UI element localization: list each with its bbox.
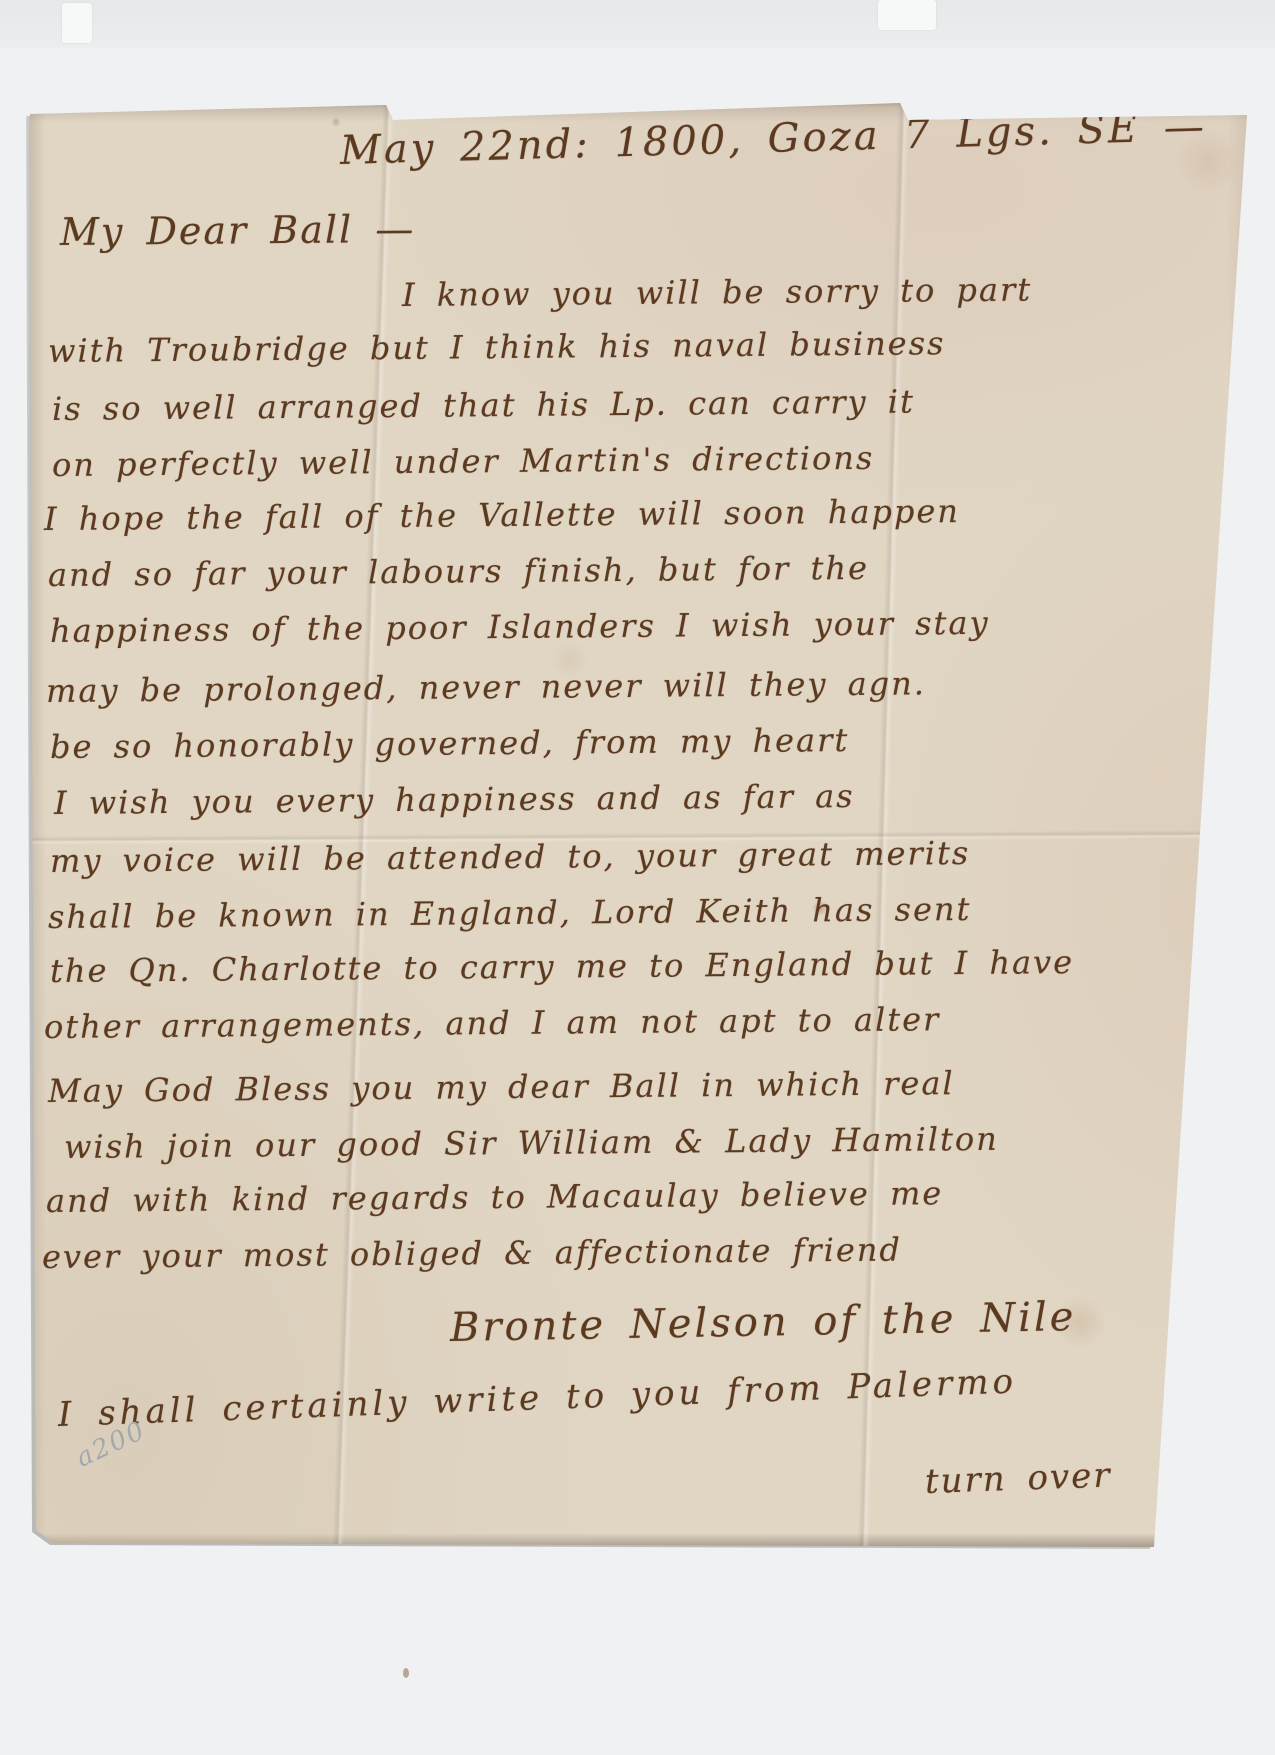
letter-salutation: My Dear Ball —: [60, 207, 416, 254]
letter-signature: Bronte Nelson of the Nile: [450, 1294, 1077, 1351]
turn-over-note: turn over: [924, 1456, 1112, 1502]
letter-line: is so well arranged that his Lp. can car…: [52, 382, 915, 428]
letter-line: I hope the fall of the Vallette will soo…: [44, 492, 960, 538]
letter-line: happiness of the poor Islanders I wish y…: [50, 604, 990, 650]
letter-line: on perfectly well under Martin's directi…: [52, 439, 875, 484]
letter-line: with Troubridge but I think his naval bu…: [48, 324, 946, 370]
letter-line: wish join our good Sir William & Lady Ha…: [64, 1120, 999, 1166]
letter-line: I wish you every happiness and as far as: [54, 777, 855, 822]
scanner-background-band: [0, 0, 1275, 48]
letter-line: I know you will be sorry to part: [402, 271, 1032, 314]
vertical-fold-line: [332, 90, 395, 1557]
letter-postscript: I shall certainly write to you from Pale…: [57, 1362, 1017, 1435]
scan-speck: [403, 1668, 409, 1678]
tape-mark: [62, 3, 92, 43]
letter-dateline: May 22nd: 1800, Goza 7 Lgs. SE —: [339, 104, 1207, 174]
letter-line: May God Bless you my dear Ball in which …: [48, 1064, 955, 1110]
letter-line: may be prolonged, never never will they …: [46, 664, 926, 710]
letter-page: May 22nd: 1800, Goza 7 Lgs. SE — My Dear…: [30, 100, 1247, 1547]
letter-line: and with kind regards to Macaulay believ…: [46, 1174, 944, 1220]
letter-line: ever your most obliged & affectionate fr…: [42, 1230, 902, 1276]
letter-line: other arrangements, and I am not apt to …: [44, 1000, 941, 1046]
tape-mark: [878, 0, 936, 30]
letter-line: the Qn. Charlotte to carry me to England…: [50, 943, 1074, 990]
letter-line: shall be known in England, Lord Keith ha…: [48, 890, 972, 936]
letter-line: and so far your labours finish, but for …: [48, 549, 869, 594]
letter-line: my voice will be attended to, your great…: [50, 834, 971, 880]
letter-line: be so honorably governed, from my heart: [50, 721, 850, 766]
